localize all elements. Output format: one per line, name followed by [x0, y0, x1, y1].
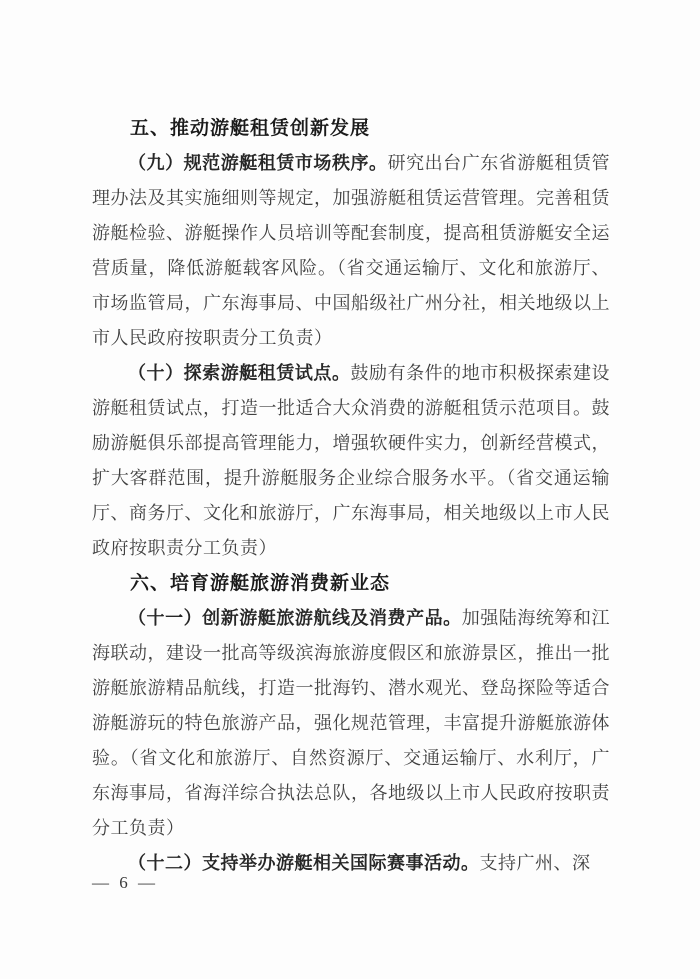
paragraph-9-body: 研究出台广东省游艇租赁管理办法及其实施细则等规定，加强游艇租赁运营管理。完善租赁…: [92, 153, 610, 348]
paragraph-12-body: 支持广州、深: [480, 853, 591, 873]
paragraph-9-lead: （九）规范游艇租赁市场秩序。: [128, 153, 388, 173]
policy-paragraph-11: （十一）创新游艇旅游航线及消费产品。加强陆海统筹和江海联动，建设一批高等级滨海旅…: [92, 601, 610, 846]
policy-paragraph-12: （十二）支持举办游艇相关国际赛事活动。支持广州、深: [92, 846, 610, 881]
paragraph-10-body: 鼓励有条件的地市积极探索建设游艇租赁试点，打造一批适合大众消费的游艇租赁示范项目…: [92, 363, 610, 558]
section-heading-6: 六、培育游艇旅游消费新业态: [92, 566, 610, 601]
policy-paragraph-10: （十）探索游艇租赁试点。鼓励有条件的地市积极探索建设游艇租赁试点，打造一批适合大…: [92, 356, 610, 566]
section-heading-5: 五、推动游艇租赁创新发展: [92, 111, 610, 146]
document-content: 五、推动游艇租赁创新发展 （九）规范游艇租赁市场秩序。研究出台广东省游艇租赁管理…: [92, 111, 610, 881]
paragraph-12-lead: （十二）支持举办游艇相关国际赛事活动。: [128, 853, 480, 873]
page-number: — 6 —: [92, 868, 158, 898]
document-page: 五、推动游艇租赁创新发展 （九）规范游艇租赁市场秩序。研究出台广东省游艇租赁管理…: [0, 0, 700, 979]
paragraph-10-lead: （十）探索游艇租赁试点。: [128, 363, 350, 383]
policy-paragraph-9: （九）规范游艇租赁市场秩序。研究出台广东省游艇租赁管理办法及其实施细则等规定，加…: [92, 146, 610, 356]
paragraph-11-body: 加强陆海统筹和江海联动，建设一批高等级滨海旅游度假区和旅游景区，推出一批游艇旅游…: [92, 608, 610, 838]
paragraph-11-lead: （十一）创新游艇旅游航线及消费产品。: [128, 608, 462, 628]
